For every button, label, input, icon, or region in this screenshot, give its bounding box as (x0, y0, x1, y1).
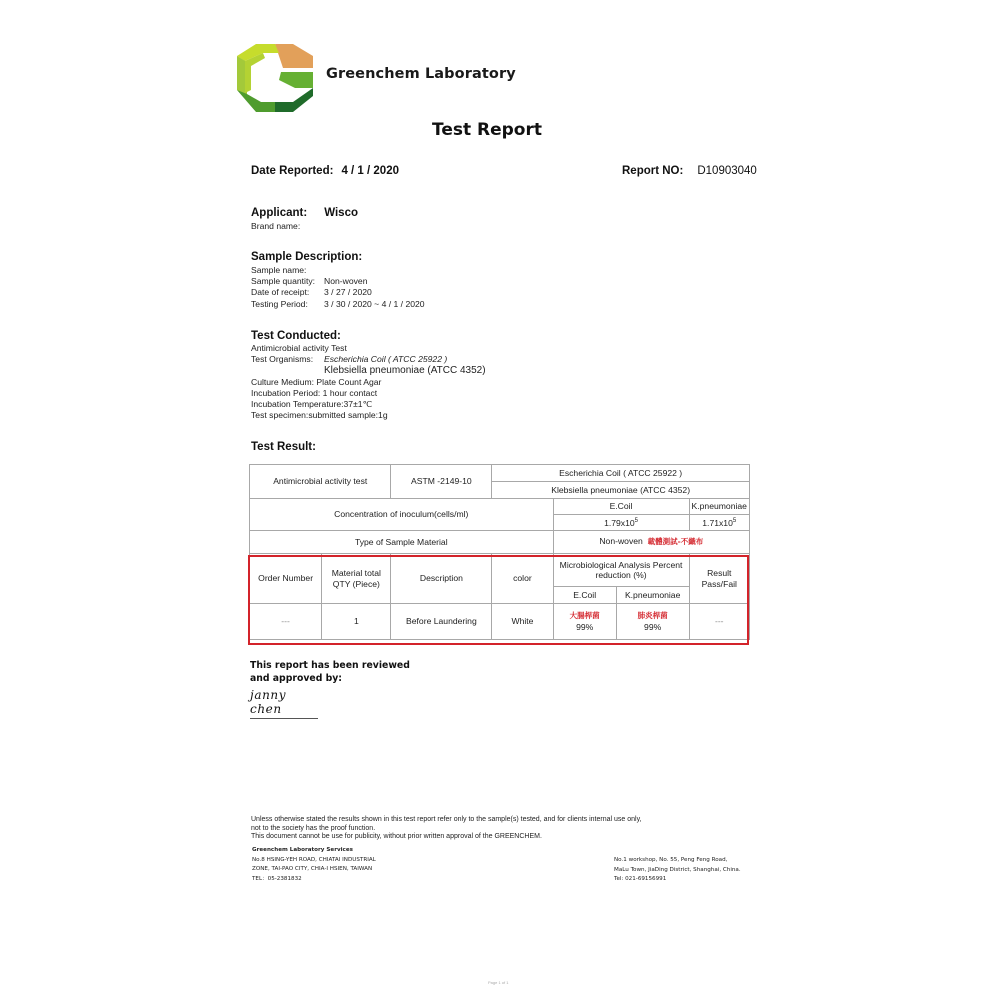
sample-value: 3 / 30 / 2020 ~ 4 / 1 / 2020 (324, 299, 425, 310)
method-value: ASTM -2149-10 (391, 465, 492, 499)
kpneu-cn: 肺炎桿菌 (619, 611, 687, 622)
brand-name: Greenchem Laboratory (326, 66, 516, 82)
organism-2: Klebsiella pneumoniae (ATCC 4352) (324, 365, 486, 376)
brand-name-label: Brand name: (251, 221, 300, 231)
cell-result: --- (689, 604, 749, 640)
report-number: Report NO:D10903040 (622, 165, 757, 177)
cell-qty: 1 (322, 604, 391, 640)
kpneu-header: K.pneumoniae (689, 499, 749, 515)
col-color: color (492, 554, 553, 604)
report-no-label: Report NO: (622, 165, 683, 177)
address-tel: TEL：05-2381832 (252, 875, 376, 885)
date-reported-label: Date Reported: (251, 165, 333, 177)
taiwan-address: Greenchem Laboratory Services No.8 HSING… (252, 846, 376, 884)
date-reported-value: 4 / 1 / 2020 (341, 165, 399, 177)
sample-key: Sample name: (251, 265, 324, 276)
material-type-value: Non-woven 載體測試-不織布 (553, 531, 749, 554)
applicant-label: Applicant: (251, 207, 307, 219)
test-name: Antimicrobial activity Test (251, 343, 486, 354)
organism-1: Escherichia Coil ( ATCC 25922 ) (324, 354, 447, 365)
test-conducted-heading: Test Conducted: (251, 330, 341, 342)
address-line: ZONE, TAI-PAO CITY, CHIA-I HSIEN, TAIWAN (252, 865, 376, 875)
kpneu-conc-base: 1.71x10 (702, 518, 733, 528)
kpneu-conc-exp: 5 (733, 518, 736, 524)
sample-description: Sample name: Sample quantity:Non-woven D… (251, 265, 425, 310)
disclaimer: Unless otherwise stated the results show… (251, 816, 642, 842)
test-result-heading: Test Result: (251, 441, 316, 453)
ecoli-cn: 大腸桿菌 (556, 611, 614, 622)
organisms-label: Test Organisms: (251, 354, 324, 365)
disclaimer-line: not to the society has the proof functio… (251, 825, 642, 834)
col-description: Description (391, 554, 492, 604)
address-tel: Tel: 021-69156991 (614, 875, 741, 885)
applicant-value: Wisco (324, 207, 358, 219)
greenchem-logo-icon (237, 44, 313, 112)
test-result-table: Antimicrobial activity test ASTM -2149-1… (249, 464, 750, 640)
sample-key: Testing Period: (251, 299, 324, 310)
test-specimen: Test specimen:submitted sample:1g (251, 410, 486, 421)
material-type-text: Non-woven (599, 536, 642, 546)
address-line: No.1 workshop, No. 55, Peng Feng Road, (614, 856, 741, 866)
sample-value: Non-woven (324, 276, 367, 287)
test-conducted: Antimicrobial activity Test Test Organis… (251, 343, 486, 421)
organism-1-cell: Escherichia Coil ( ATCC 25922 ) (492, 465, 750, 482)
cell-ecoli: 大腸桿菌99% (553, 604, 616, 640)
address-line: MaLu Town, JiaDing District, Shanghai, C… (614, 866, 741, 876)
brand-name-field: Brand name: (251, 221, 300, 232)
incubation-period: Incubation Period: 1 hour contact (251, 388, 486, 399)
method-label: Antimicrobial activity test (250, 465, 391, 499)
page-title: Test Report (0, 120, 974, 140)
disclaimer-line: This document cannot be use for publicit… (251, 833, 642, 842)
shanghai-address: No.1 workshop, No. 55, Peng Feng Road, M… (614, 856, 741, 885)
sample-value: 3 / 27 / 2020 (324, 287, 372, 298)
approval-line-1: This report has been reviewed (250, 659, 410, 672)
page-number: Page 1 of 1 (488, 980, 508, 985)
col-kpneu: K.pneumoniae (616, 587, 689, 604)
material-type-label: Type of Sample Material (250, 531, 554, 554)
concentration-label: Concentration of inoculum(cells/ml) (250, 499, 554, 531)
culture-medium: Culture Medium: Plate Count Agar (251, 377, 486, 388)
ecoli-header: E.Coil (553, 499, 689, 515)
sample-key: Date of receipt: (251, 287, 324, 298)
cell-order-number: --- (250, 604, 322, 640)
company-name: Greenchem Laboratory Services (252, 846, 376, 856)
signature: janny chen (250, 688, 318, 719)
organism-2-cell: Klebsiella pneumoniae (ATCC 4352) (492, 482, 750, 499)
approval-line-2: and approved by: (250, 672, 410, 685)
ecoli-concentration: 1.79x105 (553, 515, 689, 531)
kpneu-value: 99% (619, 622, 687, 633)
cell-color: White (492, 604, 553, 640)
sample-key: Sample quantity: (251, 276, 324, 287)
col-order-number: Order Number (250, 554, 322, 604)
col-ecoli: E.Coil (553, 587, 616, 604)
col-material-qty: Material total QTY (Piece) (322, 554, 391, 604)
material-type-cn: 載體測試-不織布 (648, 537, 704, 546)
disclaimer-line: Unless otherwise stated the results show… (251, 816, 642, 825)
cell-description: Before Laundering (391, 604, 492, 640)
test-organisms: Test Organisms:Escherichia Coil ( ATCC 2… (251, 354, 486, 365)
approval-statement: This report has been reviewed and approv… (250, 659, 410, 685)
ecoli-value: 99% (556, 622, 614, 633)
ecoli-conc-base: 1.79x10 (604, 518, 635, 528)
ecoli-conc-exp: 5 (635, 518, 638, 524)
table-row: --- 1 Before Laundering White 大腸桿菌99% 肺炎… (250, 604, 750, 640)
address-line: No.8 HSING-YEH ROAD, CHIATAI INDUSTRIAL (252, 856, 376, 866)
applicant: Applicant:Wisco (251, 207, 358, 219)
incubation-temperature: Incubation Temperature:37±1℃ (251, 399, 486, 410)
col-result: Result Pass/Fail (689, 554, 749, 604)
sample-row: Testing Period:3 / 30 / 2020 ~ 4 / 1 / 2… (251, 299, 425, 310)
date-reported: Date Reported:4 / 1 / 2020 (251, 165, 399, 177)
sample-row: Sample quantity:Non-woven (251, 276, 425, 287)
sample-row: Sample name: (251, 265, 425, 276)
sample-description-heading: Sample Description: (251, 251, 362, 263)
col-micro-analysis: Microbiological Analysis Percent reducti… (553, 554, 689, 587)
sample-row: Date of receipt:3 / 27 / 2020 (251, 287, 425, 298)
cell-kpneu: 肺炎桿菌99% (616, 604, 689, 640)
report-no-value: D10903040 (697, 165, 756, 177)
kpneu-concentration: 1.71x105 (689, 515, 749, 531)
